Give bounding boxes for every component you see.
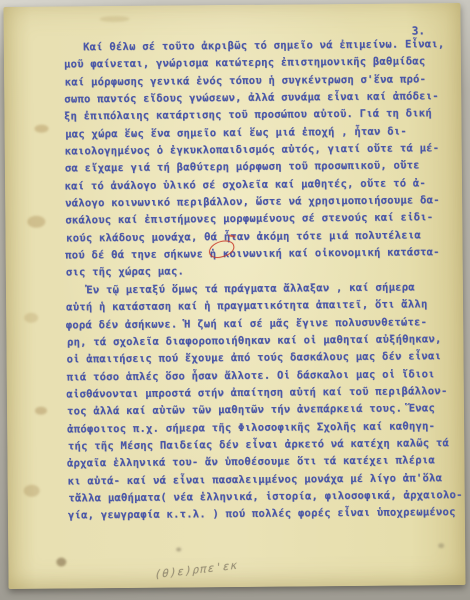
paper-stain (35, 407, 47, 415)
text-line: Ἐν τῷ μεταξύ ὅμως τά πράγματα ἄλλαξαν , … (66, 279, 462, 300)
text-line: γία, γεωγραφία κ.τ.λ. ) πού πολλές φορές… (68, 504, 464, 525)
text-line: Καί θέλω σέ τοῦτο ἀκριβῶς τό σημεῖο νά ἐ… (63, 36, 459, 57)
text-line: μας χώρα ἕως ἕνα σημεῖο καί ἕως μιά ἐποχ… (65, 123, 461, 144)
paper-stain (27, 216, 45, 228)
text-line: ρη, τά σχολεῖα διαφοροποιήθηκαν καί οἱ μ… (67, 331, 463, 352)
typewritten-text: Καί θέλω σέ τοῦτο ἀκριβῶς τό σημεῖο νά ἐ… (64, 36, 464, 525)
paper-stain (56, 557, 66, 566)
pencil-annotation: (θ)ε)ρπε'εκ (154, 559, 238, 582)
text-line: ἀρχαῖα ἑλληνικά του- ἄν ὑποθέσουμε ὅτι τ… (67, 452, 463, 473)
paper-stain (34, 125, 48, 133)
text-line: πού δέ θά τηνε σήκωνε ἡ κοινωνική καί οἰ… (65, 244, 461, 265)
text-line: τἄλλα μαθήματα( νέα ἑλληνικά, ἱστορία, φ… (68, 487, 464, 508)
text-line: καί τό ἀνάλογο ὑλικό σέ σχολεῖα καί μαθη… (64, 175, 460, 196)
pencil-dot (438, 543, 444, 548)
paper-stain (100, 16, 130, 22)
text-line: καί μόρφωσης γενικά ἑνός τόπου ἡ συγκέντ… (65, 71, 461, 92)
pencil-dot (176, 547, 181, 551)
document-page: 3. Καί θέλω σέ τοῦτο ἀκριβῶς τό σημεῖο ν… (3, 3, 465, 589)
paper-stain (24, 485, 40, 497)
paper-stain (24, 313, 38, 323)
scan-backing: 3. Καί θέλω σέ τοῦτο ἀκριβῶς τό σημεῖο ν… (0, 0, 470, 600)
text-line: αἰσθάνονται μπροστά στήν ἀπαίτηση αὐτή κ… (66, 383, 462, 404)
